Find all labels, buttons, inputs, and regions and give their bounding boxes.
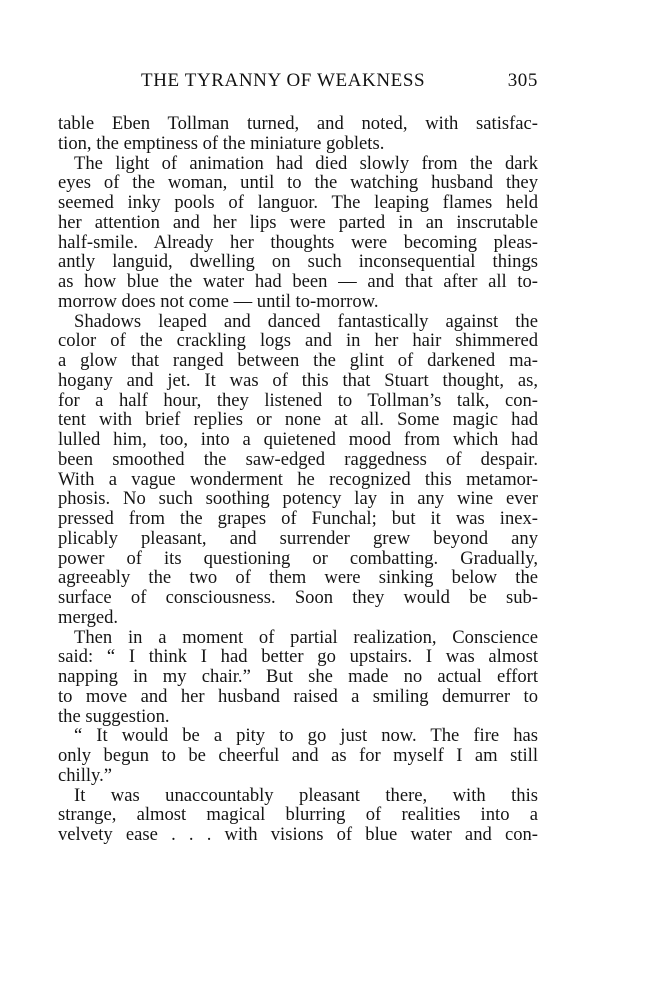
text-line: said: “ I think I had better go upstairs… — [58, 647, 538, 667]
text-line: agreeably the two of them were sinking b… — [58, 568, 538, 588]
running-head: THE TYRANNY OF WEAKNESS 305 — [58, 70, 538, 92]
text-line: power of its questioning or combatting. … — [58, 549, 538, 569]
text-line: The light of animation had died slowly f… — [58, 154, 538, 174]
text-line: for a half hour, they listened to Tollma… — [58, 391, 538, 411]
text-line: lulled him, too, into a quietened mood f… — [58, 430, 538, 450]
text-line: plicably pleasant, and surrender grew be… — [58, 529, 538, 549]
text-line: merged. — [58, 608, 538, 628]
text-line: strange, almost magical blurring of real… — [58, 805, 538, 825]
text-line: velvety ease . . . with visions of blue … — [58, 825, 538, 845]
text-line: as how blue the water had been — and tha… — [58, 272, 538, 292]
text-line: With a vague wonderment he recognized th… — [58, 470, 538, 490]
text-line: seemed inky pools of languor. The leapin… — [58, 193, 538, 213]
text-line: half-smile. Already her thoughts were be… — [58, 233, 538, 253]
text-line: a glow that ranged between the glint of … — [58, 351, 538, 371]
body-text: table Eben Tollman turned, and noted, wi… — [58, 114, 538, 845]
text-line: It was unaccountably pleasant there, wit… — [58, 786, 538, 806]
running-title: THE TYRANNY OF WEAKNESS — [141, 70, 425, 92]
text-line: eyes of the woman, until to the watching… — [58, 173, 538, 193]
text-line: phosis. No such soothing potency lay in … — [58, 489, 538, 509]
text-line: napping in my chair.” But she made no ac… — [58, 667, 538, 687]
page-number: 305 — [508, 70, 538, 92]
text-line: chilly.” — [58, 766, 538, 786]
text-line: tent with brief replies or none at all. … — [58, 410, 538, 430]
text-line: morrow does not come — until to-morrow. — [58, 292, 538, 312]
text-line: her attention and her lips were parted i… — [58, 213, 538, 233]
text-line: surface of consciousness. Soon they woul… — [58, 588, 538, 608]
text-line: “ It would be a pity to go just now. The… — [58, 726, 538, 746]
text-line: the suggestion. — [58, 707, 538, 727]
text-line: table Eben Tollman turned, and noted, wi… — [58, 114, 538, 134]
text-line: Shadows leaped and danced fantastically … — [58, 312, 538, 332]
text-line: tion, the emptiness of the miniature gob… — [58, 134, 538, 154]
text-line: Then in a moment of partial realization,… — [58, 628, 538, 648]
text-line: color of the crackling logs and in her h… — [58, 331, 538, 351]
text-line: only begun to be cheerful and as for mys… — [58, 746, 538, 766]
text-line: hogany and jet. It was of this that Stua… — [58, 371, 538, 391]
text-line: pressed from the grapes of Funchal; but … — [58, 509, 538, 529]
text-line: antly languid, dwelling on such inconseq… — [58, 252, 538, 272]
text-line: to move and her husband raised a smiling… — [58, 687, 538, 707]
text-line: been smoothed the saw-edged raggedness o… — [58, 450, 538, 470]
